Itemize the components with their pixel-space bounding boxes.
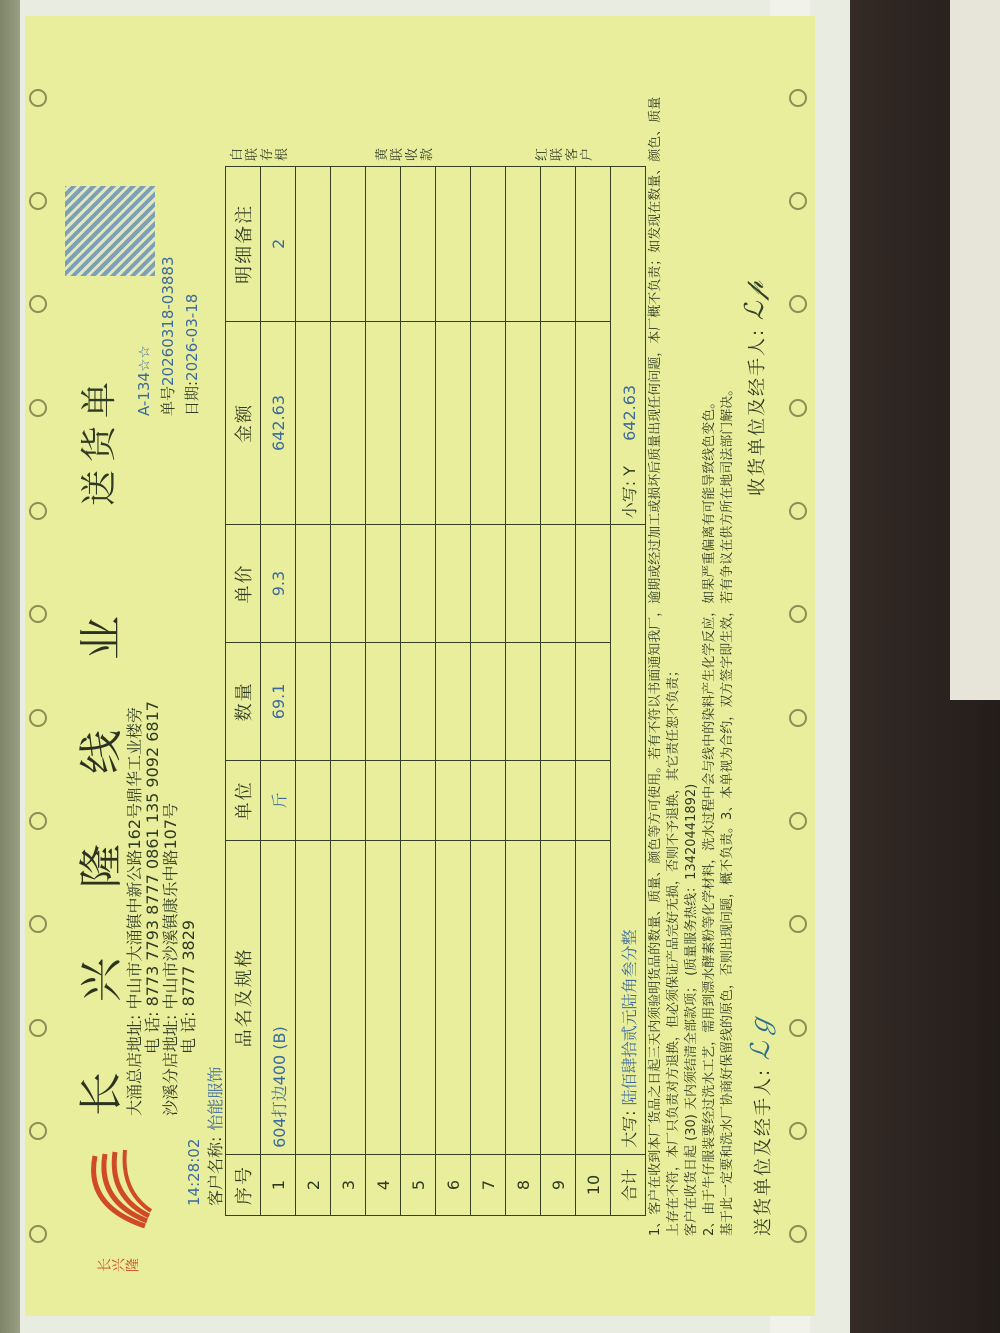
sender-signature: 送货单位及经手人: ℒℊ [740, 1011, 777, 1236]
table-row: 9 [541, 167, 576, 1216]
form-code: A-134☆☆ [135, 345, 153, 416]
qr-code-icon [65, 186, 155, 276]
receiver-signature: 收货单位及经手人: ℒ𝓅 [740, 279, 771, 496]
copy-label-yellow: 黄联收款 [375, 141, 435, 161]
table-row: 7 [471, 167, 506, 1216]
header-name: 品名及规格 [226, 840, 261, 1154]
table-row: 5 [401, 167, 436, 1216]
header-price: 单价 [226, 525, 261, 643]
total-row: 合计 大写: 陆佰肆拾贰元陆角叁分整 小写: Y 642.63 [611, 167, 646, 1216]
logo-text: 长兴隆 [97, 1256, 139, 1276]
branch-phone: 电 话: 8777 3829 [179, 920, 199, 1054]
document-title: 送货单 [71, 374, 122, 506]
table-row: 1 604打边400 (B) 斤 69.1 9.3 642.63 2 [261, 167, 296, 1216]
company-name: 长 兴 隆 线 业 [65, 588, 129, 1116]
header-note: 明细备注 [226, 167, 261, 322]
tractor-holes-top [29, 16, 51, 1316]
background-object [950, 0, 1000, 700]
table-row: 4 [366, 167, 401, 1216]
branch-address: 沙溪分店地址: 中山市沙溪镇康乐中路107号 [161, 803, 181, 1116]
company-logo-icon [75, 1146, 155, 1236]
customer-name: 客户名称:怡能服饰 [203, 1067, 226, 1206]
items-table: 序号 品名及规格 单位 数量 单价 金额 明细备注 1 604打边400 (B)… [225, 166, 646, 1216]
order-number: 单号20260318-03883 [157, 257, 178, 417]
signature-scribble: ℒℊ [746, 1011, 776, 1060]
tractor-holes-bottom [789, 16, 811, 1316]
table-row: 10 [576, 167, 611, 1216]
table-row: 6 [436, 167, 471, 1216]
print-time: 14:28:02 [185, 1139, 203, 1206]
total-lowercase: 小写: Y 642.63 [611, 167, 646, 525]
order-date: 日期:2026-03-18 [181, 294, 202, 416]
delivery-note: 长兴隆 长 兴 隆 线 业 送货单 大涌总店地址: 中山市大涌镇中新公路162号… [25, 16, 815, 1316]
total-uppercase: 大写: 陆佰肆拾贰元陆角叁分整 [611, 525, 646, 1155]
signature-scribble: ℒ𝓅 [740, 279, 770, 320]
hq-address: 大涌总店地址: 中山市大涌镇中新公路162号鼎华工业楼旁 [125, 707, 145, 1116]
hq-phone: 电 话: 8773 7793 8777 0861 135 9092 6817 [143, 701, 163, 1054]
table-row: 3 [331, 167, 366, 1216]
header-qty: 数量 [226, 642, 261, 760]
header-amount: 金额 [226, 321, 261, 525]
table-header-row: 序号 品名及规格 单位 数量 单价 金额 明细备注 [226, 167, 261, 1216]
terms-and-conditions: 1、客户在收到本厂货品之日起三天内须验明货品的数量、质量、颜色等方可使用。若有不… [647, 96, 737, 1236]
header-no: 序号 [226, 1154, 261, 1215]
copy-label-red: 红联客户 [535, 141, 595, 161]
copy-label-white: 白联存根 [230, 141, 290, 161]
table-row: 2 [296, 167, 331, 1216]
table-row: 8 [506, 167, 541, 1216]
header-unit: 单位 [226, 760, 261, 840]
